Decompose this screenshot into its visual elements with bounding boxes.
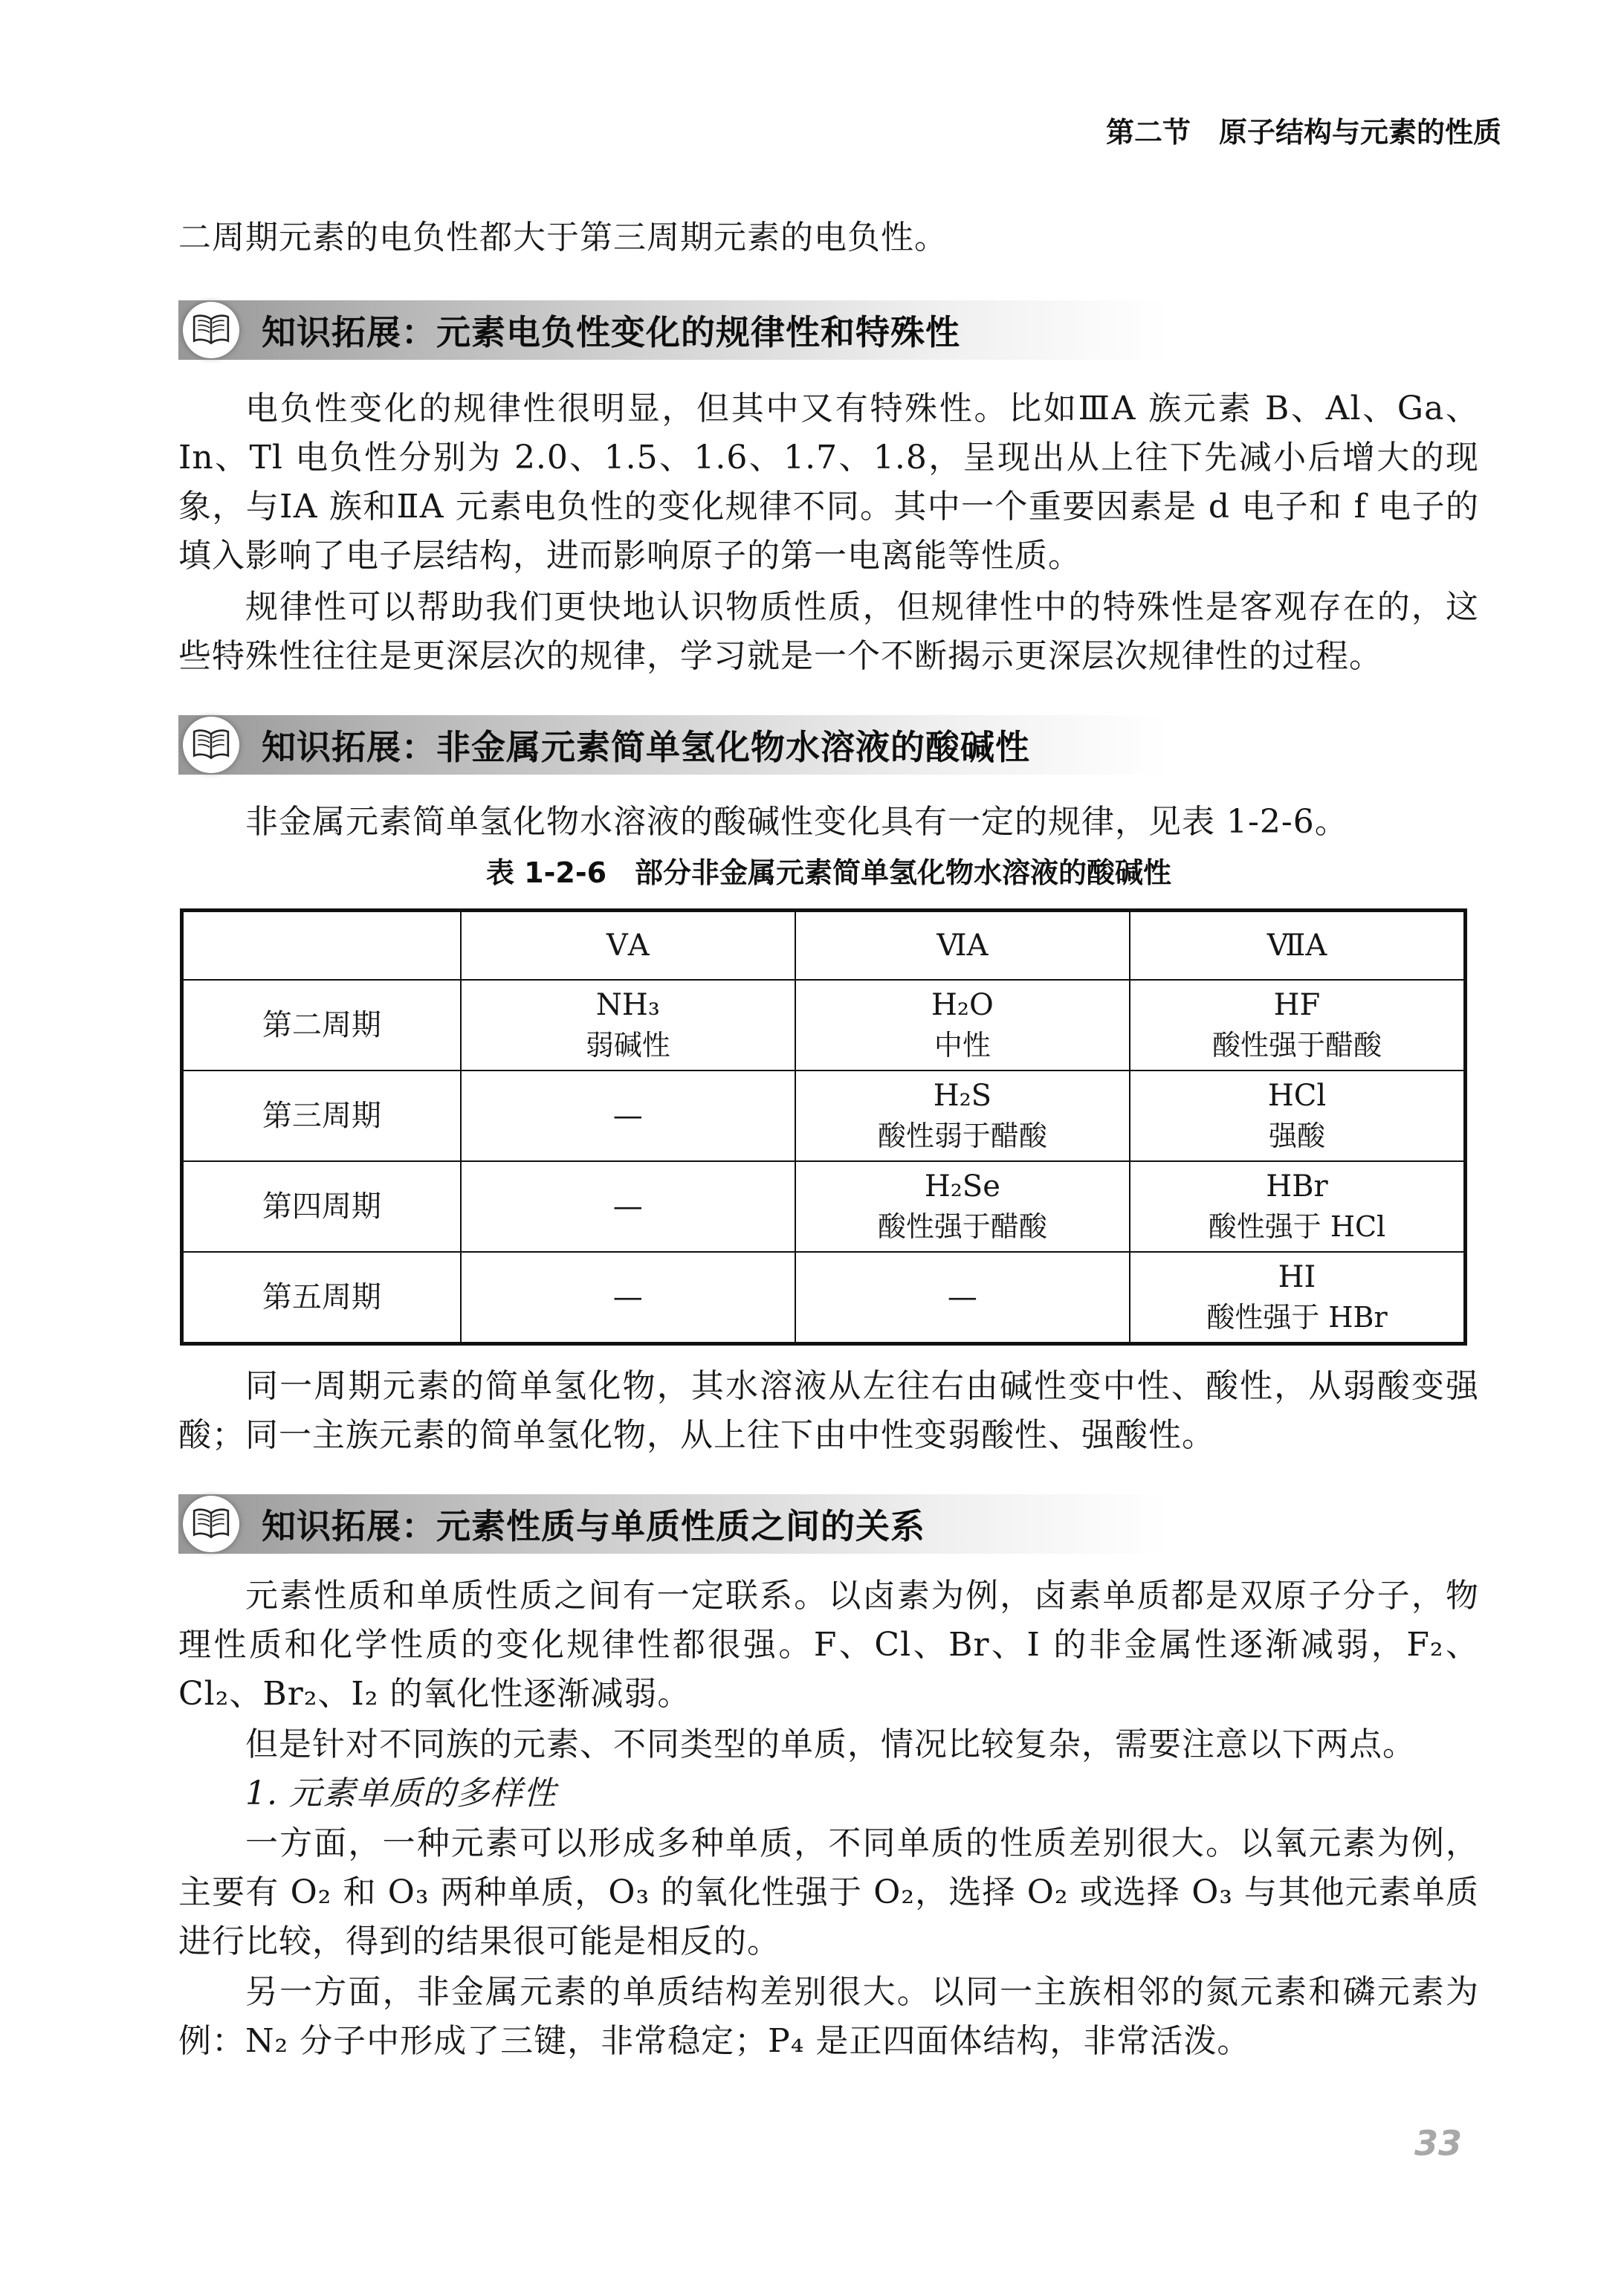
paragraph: 规律性可以帮助我们更快地认识物质性质，但规律性中的特殊性是客观存在的，这些特殊性… [178, 583, 1479, 681]
chemical-formula: H₂Se [802, 1166, 1123, 1207]
chemical-formula: H₂S [802, 1076, 1123, 1116]
table-row-header: 第三周期 [182, 1071, 461, 1161]
banner-title: 知识拓展：元素性质与单质性质之间的关系 [262, 1499, 925, 1549]
paragraph: 但是针对不同族的元素、不同类型的单质，情况比较复杂，需要注意以下两点。 [178, 1720, 1479, 1769]
table-cell: H₂S酸性弱于醋酸 [795, 1071, 1130, 1161]
open-book-icon [183, 302, 239, 358]
chemical-formula: — [802, 1277, 1123, 1317]
textbook-page: 第二节 原子结构与元素的性质 二周期元素的电负性都大于第三周期元素的电负性。 知… [0, 0, 1624, 2283]
acidity-note: 酸性强于醋酸 [802, 1207, 1123, 1247]
chemical-formula: HBr [1136, 1166, 1458, 1207]
paragraph: 非金属元素简单氢化物水溶液的酸碱性变化具有一定的规律，见表 1-2-6。 [178, 798, 1479, 847]
table-cell: HBr酸性强于 HCl [1130, 1161, 1466, 1252]
table-col-header: ⅦA [1130, 911, 1466, 981]
table-cell: — [461, 1252, 795, 1344]
open-book-icon [183, 1496, 239, 1552]
table-col-header: ⅤA [461, 911, 795, 981]
table-cell: HF酸性强于醋酸 [1130, 980, 1466, 1071]
table-cell: H₂Se酸性强于醋酸 [795, 1161, 1130, 1252]
table-row: 第二周期 NH₃弱碱性 H₂O中性 HF酸性强于醋酸 [182, 980, 1466, 1071]
table-cell: NH₃弱碱性 [461, 980, 795, 1071]
acidity-note: 酸性强于 HCl [1136, 1207, 1458, 1247]
hydride-acidity-table: ⅤA ⅥA ⅦA 第二周期 NH₃弱碱性 H₂O中性 HF酸性强于醋酸 第三周期… [180, 908, 1467, 1346]
table-col-header: ⅥA [795, 911, 1130, 981]
acidity-note: 酸性弱于醋酸 [802, 1116, 1123, 1156]
paragraph: 同一周期元素的简单氢化物，其水溶液从左往右由碱性变中性、酸性，从弱酸变强酸；同一… [178, 1362, 1479, 1460]
table-header-row: ⅤA ⅥA ⅦA [182, 911, 1466, 981]
chemical-formula: — [468, 1277, 789, 1317]
chemical-formula: H₂O [802, 985, 1123, 1025]
paragraph: 二周期元素的电负性都大于第三周期元素的电负性。 [178, 213, 1479, 262]
table-cell: HCl强酸 [1130, 1071, 1466, 1161]
table-cell: H₂O中性 [795, 980, 1130, 1071]
knowledge-expansion-banner: 知识拓展：元素电负性变化的规律性和特殊性 [178, 300, 1479, 360]
running-head: 第二节 原子结构与元素的性质 [178, 116, 1501, 149]
paragraph: 另一方面，非金属元素的单质结构差别很大。以同一主族相邻的氮元素和磷元素为例：N₂… [178, 1968, 1479, 2066]
numbered-subheading: 1. 元素单质的多样性 [178, 1769, 1479, 1818]
table-cell: — [795, 1252, 1130, 1344]
chemical-formula: HF [1136, 985, 1458, 1025]
knowledge-expansion-banner: 知识拓展：非金属元素简单氢化物水溶液的酸碱性 [178, 715, 1479, 775]
page-number: 33 [1414, 2123, 1462, 2163]
acidity-note: 强酸 [1136, 1116, 1458, 1156]
table-row-header: 第四周期 [182, 1161, 461, 1252]
paragraph: 元素性质和单质性质之间有一定联系。以卤素为例，卤素单质都是双原子分子，物理性质和… [178, 1572, 1479, 1719]
banner-title: 知识拓展：元素电负性变化的规律性和特殊性 [262, 306, 960, 355]
table-cell: HI酸性强于 HBr [1130, 1252, 1466, 1344]
chemical-formula: HCl [1136, 1076, 1458, 1116]
paragraph: 一方面，一种元素可以形成多种单质，不同单质的性质差别很大。以氧元素为例，主要有 … [178, 1819, 1479, 1966]
table-row: 第三周期 — H₂S酸性弱于醋酸 HCl强酸 [182, 1071, 1466, 1161]
open-book-icon [183, 717, 239, 773]
knowledge-expansion-banner: 知识拓展：元素性质与单质性质之间的关系 [178, 1494, 1479, 1554]
banner-title: 知识拓展：非金属元素简单氢化物水溶液的酸碱性 [262, 720, 1030, 769]
chemical-formula: — [468, 1096, 789, 1136]
table-cell: — [461, 1161, 795, 1252]
table-row: 第五周期 — — HI酸性强于 HBr [182, 1252, 1466, 1344]
chemical-formula: — [468, 1186, 789, 1227]
table-caption: 表 1-2-6 部分非金属元素简单氢化物水溶液的酸碱性 [178, 855, 1479, 891]
table-cell: — [461, 1071, 795, 1161]
chemical-formula: HI [1136, 1257, 1458, 1297]
acidity-note: 酸性强于醋酸 [1136, 1025, 1458, 1065]
acidity-note: 酸性强于 HBr [1136, 1297, 1458, 1337]
acidity-note: 中性 [802, 1025, 1123, 1065]
table-row-header: 第五周期 [182, 1252, 461, 1344]
table-col-header [182, 911, 461, 981]
table-row-header: 第二周期 [182, 980, 461, 1071]
table-row: 第四周期 — H₂Se酸性强于醋酸 HBr酸性强于 HCl [182, 1161, 1466, 1252]
chemical-formula: NH₃ [468, 985, 789, 1025]
paragraph: 电负性变化的规律性很明显，但其中又有特殊性。比如ⅢA 族元素 B、Al、Ga、I… [178, 384, 1479, 581]
acidity-note: 弱碱性 [468, 1025, 789, 1065]
